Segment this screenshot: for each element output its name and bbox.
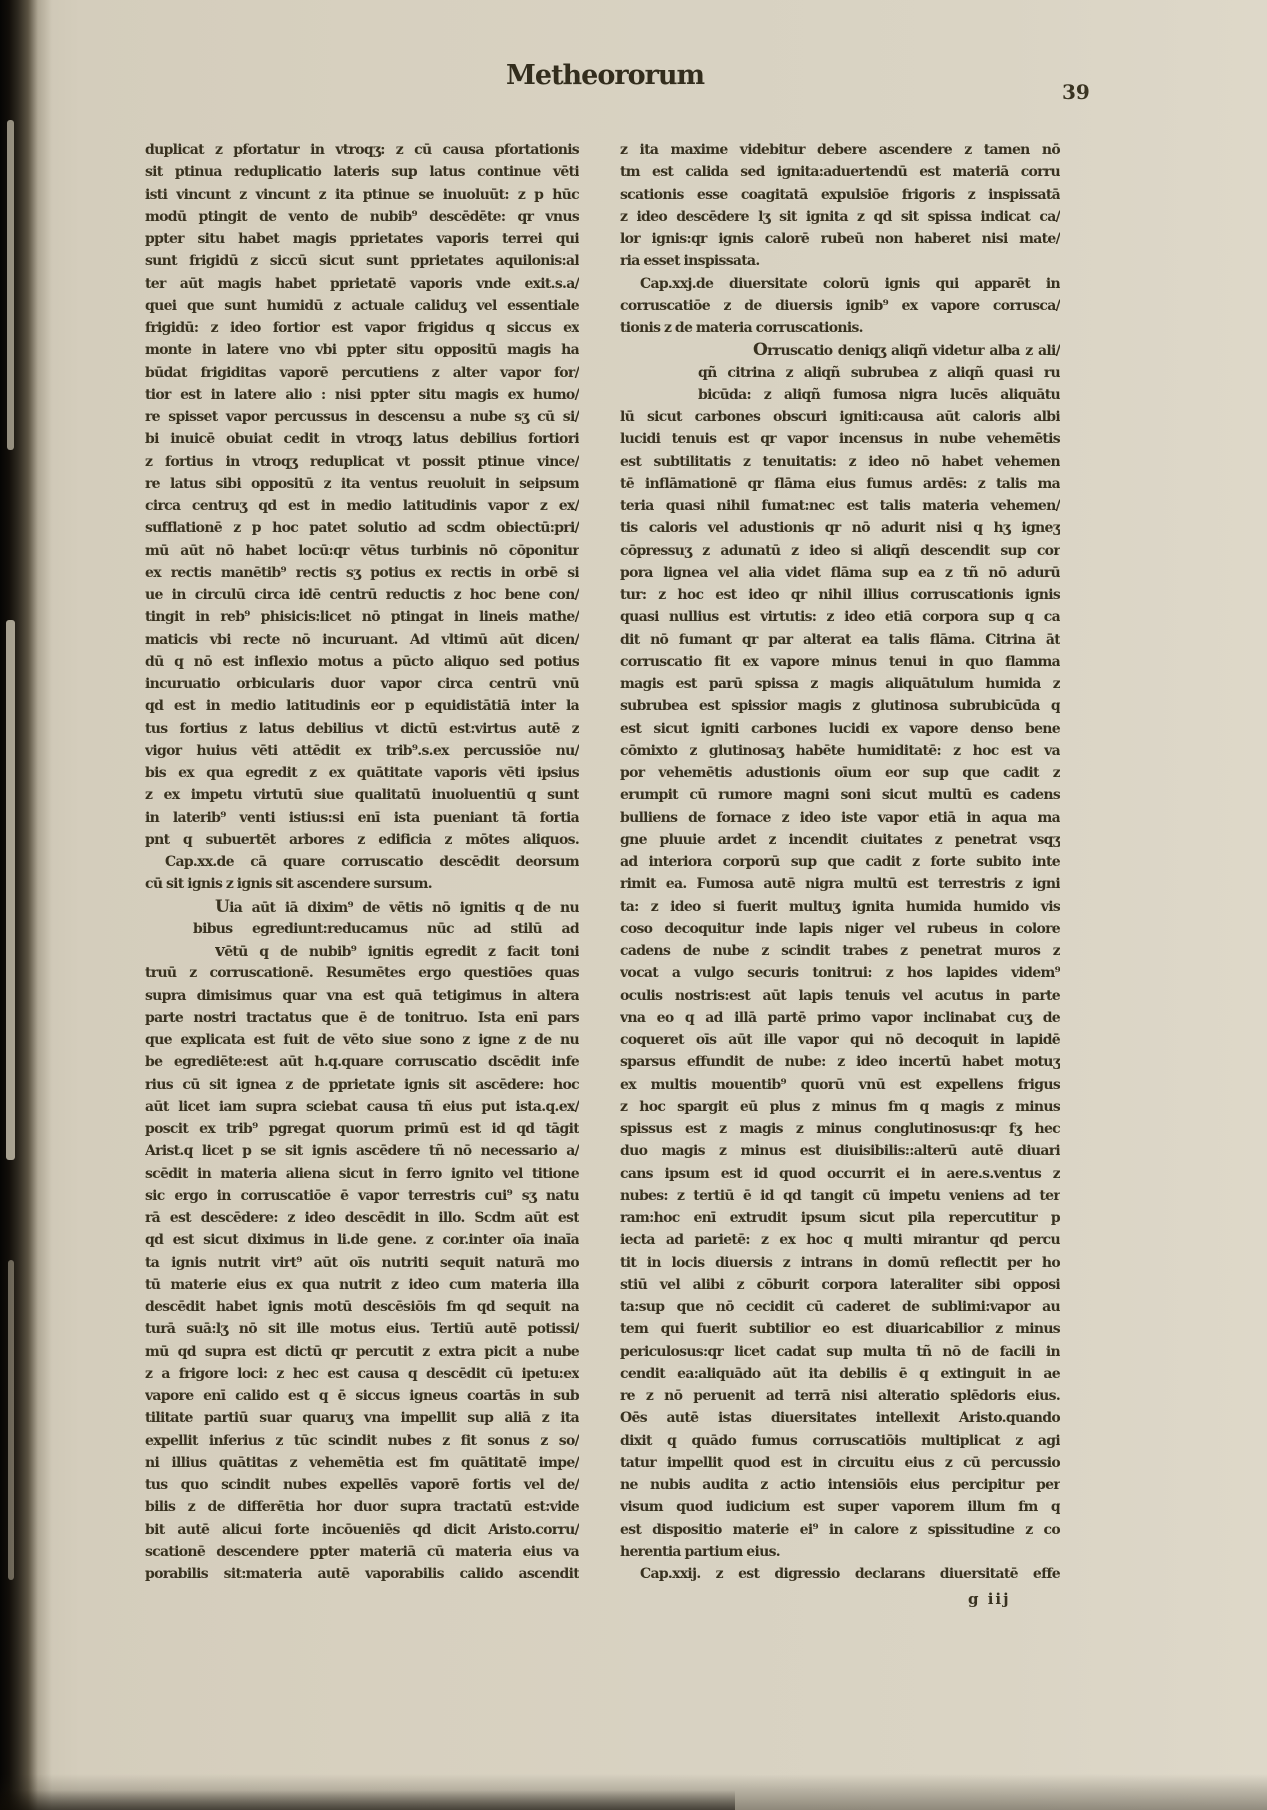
text-line: vapore enī calido est q ē siccus igneus … (145, 1385, 579, 1407)
text-line: ni illius quātitas z vehemētia est fm qu… (145, 1452, 579, 1474)
text-line: teria quasi nihil fumat:nec est talis ma… (620, 495, 1060, 517)
text-line: vocat a vulgo securis tonitrui: z hos la… (620, 962, 1060, 984)
text-line: corruscatio fit ex vapore minus tenui in… (620, 651, 1060, 673)
text-line: sparsus effundit de nube: z ideo incertū… (620, 1051, 1060, 1073)
text-line: Orruscatio deniqʒ aliqñ videtur alba z a… (753, 339, 1060, 361)
book-page: Metheororum 39 duplicat z pfortatur in v… (0, 0, 1267, 1810)
text-line: duo magis z minus est diuisibilis::alter… (620, 1140, 1060, 1162)
text-line: bis ex qua egredit z ex quātitate vapori… (145, 762, 579, 784)
text-line: ria esset inspissata. (620, 250, 1060, 272)
text-line: est subtilitatis z tenuitatis: z ideo nō… (620, 451, 1060, 473)
text-line: turā suā:lʒ nō sit ille motus eius. Tert… (145, 1318, 579, 1340)
text-line: re z nō peruenit ad terrā nisi alteratio… (620, 1385, 1060, 1407)
text-line: frigidū: z ideo fortior est vapor frigid… (145, 317, 579, 339)
text-line: z ex impetu virtutū siue qualitatū inuol… (145, 784, 579, 806)
text-line: mū aūt nō habet locū:qr vētus turbinis n… (145, 540, 579, 562)
text-line: isti vincunt z vincunt z ita ptinue se i… (145, 184, 579, 206)
text-line: Uia aūt iā dixim⁹ de vētis nō ignitis q … (215, 896, 579, 918)
text-line: ex rectis manētib⁹ rectis sʒ potius ex r… (145, 562, 579, 584)
text-line: ta: z ideo si fuerit multuʒ ignita humid… (620, 896, 1060, 918)
text-line: bibus egrediunt:reducamus nūc ad stilū a… (193, 918, 579, 940)
text-line: corruscatiōe z de diuersis ignib⁹ ex vap… (620, 295, 1060, 317)
text-line: cans ipsum est id quod occurrit ei in ae… (620, 1163, 1060, 1185)
text-line: ta ignis nutrit virt⁹ aūt oīs nutriti se… (145, 1252, 579, 1274)
text-line: maticis vbi recte nō incuruant. Ad vltim… (145, 629, 579, 651)
text-line: expellit inferius z tūc scindit nubes z … (145, 1430, 579, 1452)
text-column-right: z ita maxime videbitur debere ascendere … (620, 139, 1060, 1585)
text-line: Cap.xx.de cā quare corruscatio descēdit … (145, 851, 579, 873)
text-line: sunt frigidū z siccū sicut sunt pprietat… (145, 250, 579, 272)
text-line: sic ergo in corruscatiōe ē vapor terrest… (145, 1185, 579, 1207)
text-line: lū sicut carbones obscuri igniti:causa a… (620, 406, 1060, 428)
text-line: vna eo q ad illā partē primo vapor incli… (620, 1007, 1060, 1029)
text-line: qñ citrina z aliqñ subrubea z aliqñ quas… (698, 362, 1060, 384)
text-line: quei que sunt humidū z actuale caliduʒ v… (145, 295, 579, 317)
text-line: sit ptinua reduplicatio lateris sup latu… (145, 161, 579, 183)
text-line: qd est sicut diximus in li.de gene. z co… (145, 1229, 579, 1251)
text-line: supra dimisimus quar vna est quā tetigim… (145, 985, 579, 1007)
text-line: rā est descēdere: z ideo descēdit in ill… (145, 1207, 579, 1229)
text-line: qd est in medio latitudinis eor p equidi… (145, 695, 579, 717)
text-line: tit in locis diuersis z intrans in domū … (620, 1252, 1060, 1274)
text-line: herentia partium eius. (620, 1541, 1060, 1563)
text-line: bi inuicē obuiat cedit in vtroqʒ latus d… (145, 428, 579, 450)
text-line: porabilis sit:materia autē vaporabilis c… (145, 1563, 579, 1585)
page-edge-streak (6, 620, 15, 1160)
text-line: descēdit habet ignis motū descēsiōis fm … (145, 1296, 579, 1318)
text-line: tem qui fuerit subtilior eo est diuarica… (620, 1318, 1060, 1340)
text-line: scationis esse coagitatā expulsiōe frigo… (620, 184, 1060, 206)
text-line: mū qd supra est dictū qr percutit z extr… (145, 1341, 579, 1363)
text-line: ue in circulū circa idē centrū reductis … (145, 584, 579, 606)
text-line: Cap.xxij. z est digressio declarans diue… (620, 1563, 1060, 1585)
text-line: cōpressuʒ z adunatū z ideo si aliqñ desc… (620, 540, 1060, 562)
text-line: vētū q de nubib⁹ ignitis egredit z facit… (215, 940, 579, 962)
text-line: subrubea est spissior magis z glutinosa … (620, 695, 1060, 717)
text-line: tilitate partiū suar quaruʒ vna impellit… (145, 1407, 579, 1429)
text-line: pnt q subuertēt arbores z edificia z mōt… (145, 829, 579, 851)
text-line: cendit ea:aliquādo aūt ita debilis ē q e… (620, 1363, 1060, 1385)
text-line: truū z corruscationē. Resumētes ergo que… (145, 962, 579, 984)
text-line: dū q nō est inflexio motus a pūcto aliqu… (145, 651, 579, 673)
text-line: sufflationē z p hoc patet solutio ad scd… (145, 517, 579, 539)
text-line: nubes: z tertiū ē id qd tangit cū impetu… (620, 1185, 1060, 1207)
text-line: z ideo descēdere lʒ sit ignita z qd sit … (620, 206, 1060, 228)
text-line: incuruatio orbicularis duor vapor circa … (145, 673, 579, 695)
text-line: Cap.xxj.de diuersitate colorū ignis qui … (620, 273, 1060, 295)
text-line: tionis z de materia corruscationis. (620, 317, 1060, 339)
text-line: modū ptingit de vento de nubib⁹ descēdēt… (145, 206, 579, 228)
text-line: pora lignea vel alia videt flāma sup ea … (620, 562, 1060, 584)
text-line: spissus est z magis z minus conglutinosu… (620, 1118, 1060, 1140)
text-line: bit autē alicui forte incōueniēs qd dici… (145, 1519, 579, 1541)
text-line: tur: z hoc est ideo qr nihil illius corr… (620, 584, 1060, 606)
text-line: est dispositio materie ei⁹ in calore z s… (620, 1519, 1060, 1541)
text-line: tingit in reb⁹ phisicis:licet nō ptingat… (145, 606, 579, 628)
text-line: ppter situ habet magis pprietates vapori… (145, 228, 579, 250)
text-line: ex multis mouentib⁹ quorū vnū est expell… (620, 1074, 1060, 1096)
bottom-shadow (0, 1790, 735, 1810)
text-line: z hoc spargit eū plus z minus fm q magis… (620, 1096, 1060, 1118)
text-line: cū sit ignis z ignis sit ascendere sursu… (145, 873, 579, 895)
text-line: Arist.q licet p se sit ignis ascēdere tñ… (145, 1140, 579, 1162)
text-line: tus quo scindit nubes expellēs vaporē fo… (145, 1474, 579, 1496)
text-line: dixit q quādo fumus corruscatiōis multip… (620, 1430, 1060, 1452)
running-title: Metheororum (506, 60, 704, 91)
text-line: bulliens de fornace z ideo iste vapor et… (620, 807, 1060, 829)
text-line: periculosus:qr licet cadat sup multa tñ … (620, 1341, 1060, 1363)
text-line: scēdit in materia aliena sicut in ferro … (145, 1163, 579, 1185)
text-column-left: duplicat z pfortatur in vtroqʒ: z cū cau… (145, 139, 579, 1585)
text-line: būdat frigiditas vaporē percutiens z alt… (145, 362, 579, 384)
text-line: re spisset vapor percussus in descensu a… (145, 406, 579, 428)
text-line: ad interiora corporū sup que cadit z for… (620, 851, 1060, 873)
text-line: cadens de nube z scindit trabes z penetr… (620, 940, 1060, 962)
text-line: coqueret oīs aūt ille vapor qui nō decoq… (620, 1029, 1060, 1051)
quire-signature: g iij (968, 1590, 1011, 1608)
text-line: quasi nullius est virtutis: z ideo etiā … (620, 606, 1060, 628)
text-line: tis caloris vel adustionis qr nō adurit … (620, 517, 1060, 539)
text-line: cōmixto z glutinosaʒ habēte humiditatē: … (620, 740, 1060, 762)
text-line: lucidi tenuis est qr vapor incensus in n… (620, 428, 1060, 450)
text-line: z a frigore loci: z hec est causa q desc… (145, 1363, 579, 1385)
text-line: aūt licet iam supra sciebat causa tñ eiu… (145, 1096, 579, 1118)
text-line: magis est parū spissa z magis aliquātulu… (620, 673, 1060, 695)
folio-number: 39 (1062, 80, 1090, 104)
text-line: tū materie eius ex qua nutrit z ideo cum… (145, 1274, 579, 1296)
text-line: rimit ea. Fumosa autē nigra multū est te… (620, 873, 1060, 895)
text-line: poscit ex trib⁹ pgregat quorum primū est… (145, 1118, 579, 1140)
text-line: re latus sibi oppositū z ita ventus reuo… (145, 473, 579, 495)
text-line: tior est in latere alio : nisi ppter sit… (145, 384, 579, 406)
text-line: ram:hoc enī extrudit ipsum sicut pila re… (620, 1207, 1060, 1229)
text-line: bicūda: z aliqñ fumosa nigra lucēs aliqu… (698, 384, 1060, 406)
text-line: ta:sup que nō cecidit cū caderet de subl… (620, 1296, 1060, 1318)
text-line: ter aūt magis habet pprietatē vaporis vn… (145, 273, 579, 295)
text-line: parte nostri tractatus que ē de tonitruo… (145, 1007, 579, 1029)
text-line: gne pluuie ardet z incendit ciuitates z … (620, 829, 1060, 851)
text-line: tus fortius z latus debilius vt dictū es… (145, 718, 579, 740)
text-line: rius cū sit ignea z de pprietate ignis s… (145, 1074, 579, 1096)
text-line: tm est calida sed ignita:aduertendū est … (620, 161, 1060, 183)
text-line: vigor huius vēti attēdit ex trib⁹.s.ex p… (145, 740, 579, 762)
text-line: que explicata est fuit de vēto siue sono… (145, 1029, 579, 1051)
text-line: coso decoquitur inde lapis niger vel rub… (620, 918, 1060, 940)
text-line: tē inflāmationē qr flāma eius fumus ardē… (620, 473, 1060, 495)
text-line: scationē descendere ppter materiā cū mat… (145, 1541, 579, 1563)
text-line: iecta ad parietē: z ex hoc q multi miran… (620, 1229, 1060, 1251)
text-line: por vehemētis adustionis oīum eor sup qu… (620, 762, 1060, 784)
text-line: Oēs autē istas diuersitates intellexit A… (620, 1407, 1060, 1429)
text-line: visum quod iudicium est super vaporem il… (620, 1496, 1060, 1518)
text-line: duplicat z pfortatur in vtroqʒ: z cū cau… (145, 139, 579, 161)
page-edge-streak (8, 1260, 14, 1580)
text-line: circa centruʒ qd est in medio latitudini… (145, 495, 579, 517)
text-line: be egrediēte:est aūt h.q.quare corruscat… (145, 1051, 579, 1073)
text-line: est sicut igniti carbones lucidi ex vapo… (620, 718, 1060, 740)
text-line: lor ignis:qr ignis calorē rubeū non habe… (620, 228, 1060, 250)
text-line: z ita maxime videbitur debere ascendere … (620, 139, 1060, 161)
text-line: dit nō fumant qr par alterat ea talis fl… (620, 629, 1060, 651)
text-line: tatur impellit quod est in circuitu eius… (620, 1452, 1060, 1474)
text-line: in laterib⁹ venti istius:si enī ista pue… (145, 807, 579, 829)
text-line: oculis nostris:est aūt lapis tenuis vel … (620, 985, 1060, 1007)
text-line: ne nubis audita z actio intensiōis eius … (620, 1474, 1060, 1496)
text-line: erumpit cū rumore magni soni sicut multū… (620, 784, 1060, 806)
text-line: bilis z de differētia hor duor supra tra… (145, 1496, 579, 1518)
text-line: z fortius in vtroqʒ reduplicat vt possit… (145, 451, 579, 473)
text-line: monte in latere vno vbi ppter situ oppos… (145, 339, 579, 361)
page-edge-streak (7, 120, 14, 450)
text-line: stiū vel alibi z cōburit corpora lateral… (620, 1274, 1060, 1296)
